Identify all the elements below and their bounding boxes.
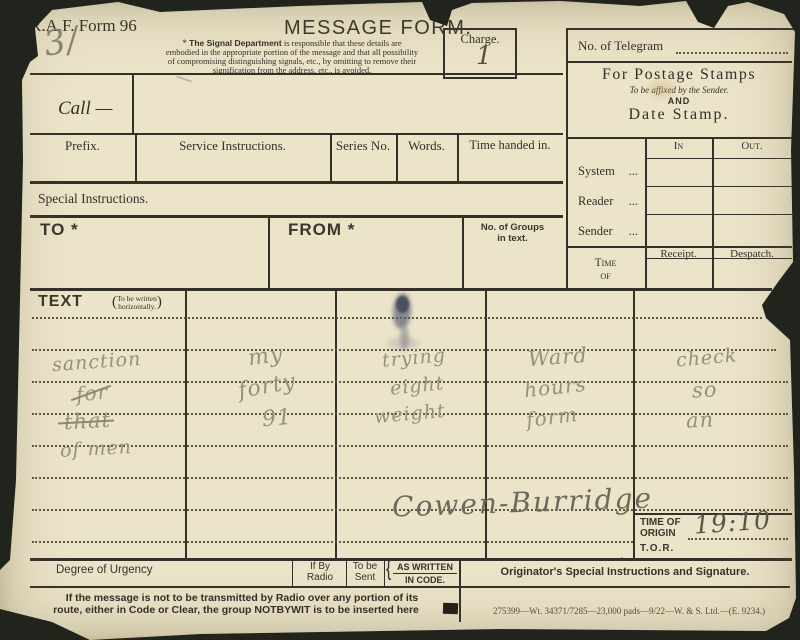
rule — [566, 137, 792, 139]
rule — [30, 215, 563, 218]
rule — [645, 214, 792, 215]
message-word: of men — [59, 436, 132, 462]
message-word: 91 — [261, 405, 293, 433]
too-line1: TIME OF — [640, 517, 681, 528]
time-of-origin-label: TIME OF ORIGIN — [640, 517, 681, 539]
from-label: FROM * — [288, 220, 355, 240]
text-sublabel-lines: To be written horizontally. — [117, 295, 157, 311]
reader-dots: ... — [629, 194, 638, 209]
time-of-line1: Time — [595, 257, 617, 269]
rule — [346, 560, 347, 586]
if-by-line2: Radio — [307, 572, 333, 583]
rule — [132, 75, 134, 133]
rule — [185, 288, 187, 558]
to-be-sent-label: To be Sent — [348, 561, 382, 583]
signal-department-note: * The Signal Department is responsible t… — [147, 39, 437, 75]
words-header: Words. — [396, 138, 457, 154]
dotted-line — [32, 477, 788, 479]
rule — [566, 61, 792, 63]
if-by-radio-label: If By Radio — [296, 561, 344, 583]
system-label: System — [578, 164, 615, 179]
paren-close: ) — [157, 294, 162, 311]
tor-label: T.O.R. — [640, 543, 674, 554]
rule — [268, 215, 270, 288]
dotted-line — [32, 445, 788, 447]
originator-instructions-label: Originator's Special Instructions and Si… — [468, 566, 782, 578]
rule — [30, 288, 772, 291]
time-of-label: Time of — [566, 257, 645, 283]
rule — [384, 560, 385, 586]
in-column-header: In — [645, 140, 712, 152]
time-handed-in-header: Time handed in. — [457, 138, 563, 153]
message-word: my — [246, 342, 284, 372]
sub-line2: horizontally. — [118, 302, 156, 311]
ink-blot-core — [396, 296, 409, 313]
rule — [30, 558, 792, 561]
no-of-telegram-label: No. of Telegram — [578, 38, 663, 54]
prefix-header: Prefix. — [30, 138, 135, 154]
rule — [645, 186, 792, 187]
despatch-header: Despatch. — [712, 248, 792, 260]
text-label: TEXT — [38, 293, 83, 311]
sender-dots: ... — [629, 224, 638, 239]
system-dots: ... — [629, 164, 638, 179]
message-word: hours — [523, 372, 588, 402]
sender-label: Sender — [578, 224, 613, 239]
rule — [459, 558, 461, 622]
too-line2: ORIGIN — [640, 528, 676, 539]
dotted-line — [32, 541, 633, 543]
rule — [645, 158, 792, 159]
pencil-mark-3: 3/ — [41, 19, 83, 64]
ink-blot — [392, 292, 412, 329]
footer-note-line1: If the message is not to be transmitted … — [30, 592, 454, 604]
rule — [292, 560, 293, 586]
stray-pencil-mark — [176, 76, 192, 83]
rule — [712, 137, 714, 288]
degree-of-urgency-label: Degree of Urgency — [56, 564, 153, 576]
to-label: TO * — [40, 220, 79, 240]
rule — [30, 73, 563, 75]
out-column-header: Out. — [712, 140, 792, 152]
time-of-origin-value: 19:10 — [693, 505, 772, 539]
reader-row-label: Reader... — [578, 194, 638, 209]
reader-label: Reader — [578, 194, 613, 209]
groups-in-text-label: No. of Groups in text. — [462, 222, 563, 244]
footer-note-line2: route, either in Code or Clear, the grou… — [24, 604, 448, 616]
brace-glyph: { — [386, 557, 391, 582]
in-code-line: IN CODE. — [393, 574, 457, 585]
sender-row-label: Sender... — [578, 224, 638, 239]
message-word: Ward — [527, 343, 588, 371]
postage-stamps-title: For Postage Stamps — [566, 66, 792, 84]
signature-handwritten: Cowen-Burridge — [392, 481, 654, 523]
message-word: an — [685, 407, 714, 432]
to-be-line1: To be — [353, 561, 377, 572]
text-sublabel: ( To be written horizontally. ) — [112, 294, 162, 311]
rule — [30, 181, 563, 184]
as-written-in-code-label: AS WRITTEN IN CODE. — [393, 562, 457, 585]
rule — [335, 288, 337, 558]
message-word: forty — [236, 369, 298, 404]
message-word: so — [691, 377, 718, 402]
and-label: AND — [566, 96, 792, 106]
notbywit-insert-box — [443, 603, 458, 615]
photo-of-raf-message-form: R.A.F. Form 96 3/ MESSAGE FORM. * The Si… — [0, 0, 800, 640]
service-instructions-header: Service Instructions. — [135, 138, 330, 154]
date-stamp-label: Date Stamp. — [566, 106, 792, 124]
ink-blot-tail — [400, 326, 409, 350]
affixed-by-sender-note: To be affixed by the Sender. — [566, 85, 792, 95]
rule — [30, 586, 790, 588]
system-row-label: System... — [578, 164, 638, 179]
if-by-line1: If By — [310, 561, 330, 572]
time-of-line2: of — [600, 270, 610, 282]
paper-form: R.A.F. Form 96 3/ MESSAGE FORM. * The Si… — [0, 0, 800, 640]
message-word: check — [675, 344, 738, 371]
to-be-line2: Sent — [355, 572, 376, 583]
charge-box: Charge. 1 — [443, 28, 517, 79]
message-word: sanction — [51, 348, 142, 376]
groups-line2: in text. — [497, 233, 528, 244]
rule — [30, 133, 563, 135]
groups-line1: No. of Groups — [481, 222, 544, 233]
message-word: weight — [373, 400, 446, 428]
receipt-header: Receipt. — [645, 248, 712, 260]
printer-imprint: 275399—Wt. 34371/7285—23,000 pads—9/22—W… — [478, 606, 780, 616]
rule — [645, 137, 647, 288]
charge-value-handwritten: 1 — [476, 41, 492, 70]
message-word: form — [525, 402, 580, 432]
message-word: eight — [389, 372, 445, 400]
series-no-header: Series No. — [330, 138, 396, 154]
message-word: trying — [381, 344, 447, 371]
rule — [566, 28, 794, 30]
special-instructions-label: Special Instructions. — [38, 191, 148, 207]
call-label: Call — — [58, 98, 112, 120]
as-written-line: AS WRITTEN — [393, 562, 457, 574]
telegram-dotted-line — [676, 52, 788, 54]
rule — [633, 288, 635, 558]
dotted-line — [32, 317, 762, 319]
